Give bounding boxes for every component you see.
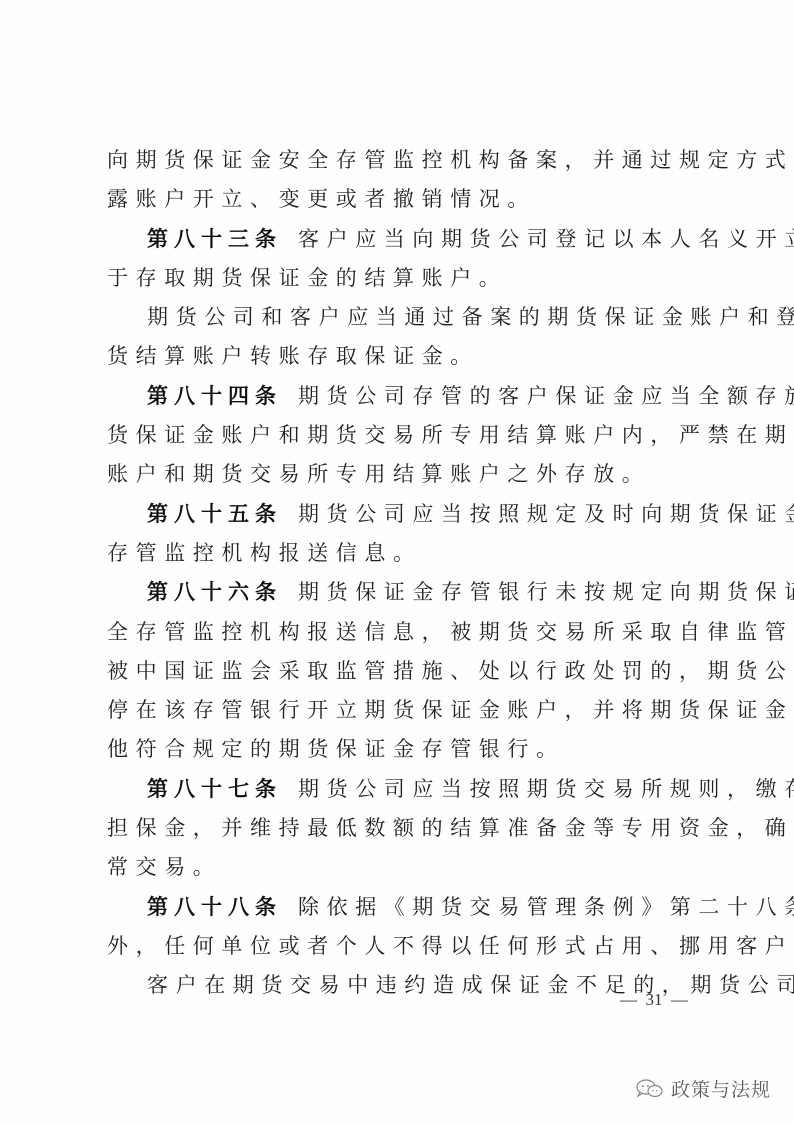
article-heading: 第八十六条 bbox=[147, 580, 282, 604]
line-text: 存管监控机构报送信息。 bbox=[107, 541, 422, 565]
line-text: 期货公司存管的客户保证金应当全额存放在期 bbox=[298, 384, 794, 408]
text-line: 账户和期货交易所专用结算账户之外存放。 bbox=[107, 455, 707, 494]
wechat-icon bbox=[635, 1078, 665, 1100]
watermark: 政策与法规 bbox=[635, 1075, 771, 1102]
line-text: 客户在期货交易中违约造成保证金不足的，期货公司应当以 bbox=[147, 973, 794, 997]
watermark-text: 政策与法规 bbox=[671, 1075, 771, 1102]
text-line: 第八十六条期货保证金存管银行未按规定向期货保证金安 bbox=[107, 573, 707, 612]
line-text: 向期货保证金安全存管监控机构备案，并通过规定方式向客户披 bbox=[107, 148, 794, 172]
document-page: 向期货保证金安全存管监控机构备案，并通过规定方式向客户披露账户开立、变更或者撤销… bbox=[0, 0, 794, 1123]
line-text: 担保金，并维持最低数额的结算准备金等专用资金，确保客户正 bbox=[107, 816, 794, 840]
line-text: 停在该存管银行开立期货保证金账户，并将期货保证金转存至其 bbox=[107, 698, 794, 722]
line-text: 露账户开立、变更或者撤销情况。 bbox=[107, 187, 536, 211]
article-heading: 第八十八条 bbox=[147, 895, 282, 919]
line-text: 全存管监控机构报送信息，被期货交易所采取自律监管措施或者 bbox=[107, 620, 794, 644]
text-line: 第八十五条期货公司应当按照规定及时向期货保证金安全 bbox=[107, 495, 707, 534]
text-line: 被中国证监会采取监管措施、处以行政处罚的，期货公司应当暂 bbox=[107, 652, 707, 691]
text-line: 第八十七条期货公司应当按照期货交易所规则，缴存结算 bbox=[107, 770, 707, 809]
text-line: 货保证金账户和期货交易所专用结算账户内，严禁在期货保证金 bbox=[107, 416, 707, 455]
line-text: 他符合规定的期货保证金存管银行。 bbox=[107, 737, 565, 761]
line-text: 外，任何单位或者个人不得以任何形式占用、挪用客户保证金。 bbox=[107, 934, 794, 958]
line-text: 期货公司应当按照期货交易所规则，缴存结算 bbox=[298, 777, 794, 801]
article-heading: 第八十四条 bbox=[147, 384, 282, 408]
line-text: 常交易。 bbox=[107, 855, 221, 879]
text-line: 常交易。 bbox=[107, 848, 707, 887]
document-body: 向期货保证金安全存管监控机构备案，并通过规定方式向客户披露账户开立、变更或者撤销… bbox=[107, 141, 707, 1006]
article-heading: 第八十七条 bbox=[147, 777, 282, 801]
text-line: 货结算账户转账存取保证金。 bbox=[107, 337, 707, 376]
line-text: 于存取期货保证金的结算账户。 bbox=[107, 266, 507, 290]
text-line: 外，任何单位或者个人不得以任何形式占用、挪用客户保证金。 bbox=[107, 927, 707, 966]
text-line: 客户在期货交易中违约造成保证金不足的，期货公司应当以 bbox=[107, 966, 707, 1005]
text-line: 露账户开立、变更或者撤销情况。 bbox=[107, 180, 707, 219]
line-text: 货结算账户转账存取保证金。 bbox=[107, 344, 479, 368]
line-text: 期货公司和客户应当通过备案的期货保证金账户和登记的期 bbox=[147, 305, 794, 329]
line-text: 期货保证金存管银行未按规定向期货保证金安 bbox=[298, 580, 794, 604]
text-line: 他符合规定的期货保证金存管银行。 bbox=[107, 730, 707, 769]
line-text: 除依据《期货交易管理条例》第二十八条划转 bbox=[298, 895, 794, 919]
line-text: 被中国证监会采取监管措施、处以行政处罚的，期货公司应当暂 bbox=[107, 659, 794, 683]
text-line: 存管监控机构报送信息。 bbox=[107, 534, 707, 573]
text-line: 第八十八条除依据《期货交易管理条例》第二十八条划转 bbox=[107, 888, 707, 927]
page-number: — 31 — bbox=[620, 990, 688, 1010]
line-text: 货保证金账户和期货交易所专用结算账户内，严禁在期货保证金 bbox=[107, 423, 794, 447]
text-line: 停在该存管银行开立期货保证金账户，并将期货保证金转存至其 bbox=[107, 691, 707, 730]
line-text: 期货公司应当按照规定及时向期货保证金安全 bbox=[298, 502, 794, 526]
text-line: 第八十三条客户应当向期货公司登记以本人名义开立的用 bbox=[107, 220, 707, 259]
article-heading: 第八十五条 bbox=[147, 502, 282, 526]
article-heading: 第八十三条 bbox=[147, 227, 282, 251]
text-line: 于存取期货保证金的结算账户。 bbox=[107, 259, 707, 298]
text-line: 全存管监控机构报送信息，被期货交易所采取自律监管措施或者 bbox=[107, 613, 707, 652]
text-line: 第八十四条期货公司存管的客户保证金应当全额存放在期 bbox=[107, 377, 707, 416]
line-text: 账户和期货交易所专用结算账户之外存放。 bbox=[107, 462, 650, 486]
text-line: 向期货保证金安全存管监控机构备案，并通过规定方式向客户披 bbox=[107, 141, 707, 180]
line-text: 客户应当向期货公司登记以本人名义开立的用 bbox=[298, 227, 794, 251]
text-line: 担保金，并维持最低数额的结算准备金等专用资金，确保客户正 bbox=[107, 809, 707, 848]
text-line: 期货公司和客户应当通过备案的期货保证金账户和登记的期 bbox=[107, 298, 707, 337]
